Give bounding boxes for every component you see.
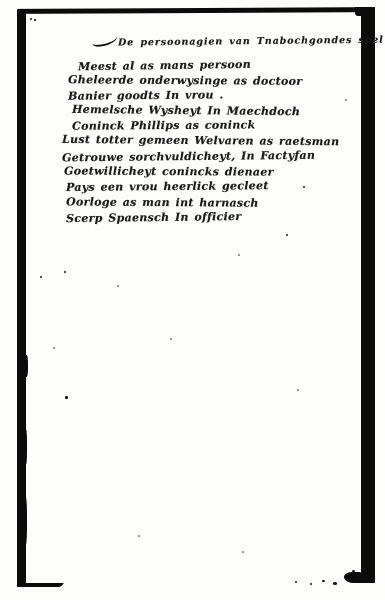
manuscript-line: Meest al as mans persoon (78, 58, 251, 73)
ink-speck (295, 581, 297, 583)
manuscript-line: Lust totter gemeen Welvaren as raetsman (62, 133, 339, 148)
frame-left-blob (24, 497, 27, 545)
ink-speck (333, 582, 337, 585)
frame-top-right-corner (355, 7, 365, 16)
manuscript-title-line: De persoonagien van Tnabochgondes spel (118, 35, 384, 49)
ink-speck (170, 338, 172, 340)
frame-right-edge (361, 7, 375, 583)
frame-left-blob (25, 430, 27, 464)
ink-speck (30, 18, 32, 20)
frame-top-edge (17, 7, 374, 14)
ink-speck (286, 234, 288, 236)
manuscript-line: Coninck Phillips as coninck (72, 118, 255, 132)
ink-speck (40, 276, 42, 278)
ink-speck (345, 99, 347, 101)
frame-bottom-right-blob (344, 572, 362, 583)
manuscript-scan-page: De persoonagien van Tnabochgondes spel M… (0, 0, 385, 600)
ink-speck (117, 285, 119, 287)
ink-speck (322, 580, 325, 582)
manuscript-line: Oorloge as man int harnasch (66, 195, 259, 209)
manuscript-line: Getrouwe sorchvuldicheyt, In Factyfan (62, 149, 315, 165)
manuscript-line: Banier goodts In vrou . (68, 88, 224, 102)
manuscript-line: Pays een vrou heerlick gecleet (66, 179, 269, 194)
manuscript-line: Scerp Spaensch In officier (66, 210, 242, 225)
pen-flourish (92, 35, 119, 47)
manuscript-line: Gheleerde onderwysinge as doctoor (68, 73, 302, 88)
ink-speck (65, 396, 68, 399)
ink-speck (297, 389, 299, 391)
frame-left-blob (25, 355, 28, 377)
frame-bottom-left-stroke (16, 583, 63, 587)
ink-speck (64, 271, 66, 273)
ink-speck (138, 535, 140, 537)
ink-speck (242, 551, 244, 553)
ink-speck (303, 186, 305, 188)
ink-speck (352, 570, 355, 573)
manuscript-line: Goetwillicheyt conincks dienaer (64, 164, 274, 178)
ink-speck (238, 254, 240, 256)
ink-speck (310, 583, 312, 585)
manuscript-line: Hemelsche Wysheyt In Maechdoch (72, 103, 300, 118)
ink-speck (34, 19, 36, 21)
ink-speck (53, 347, 55, 349)
